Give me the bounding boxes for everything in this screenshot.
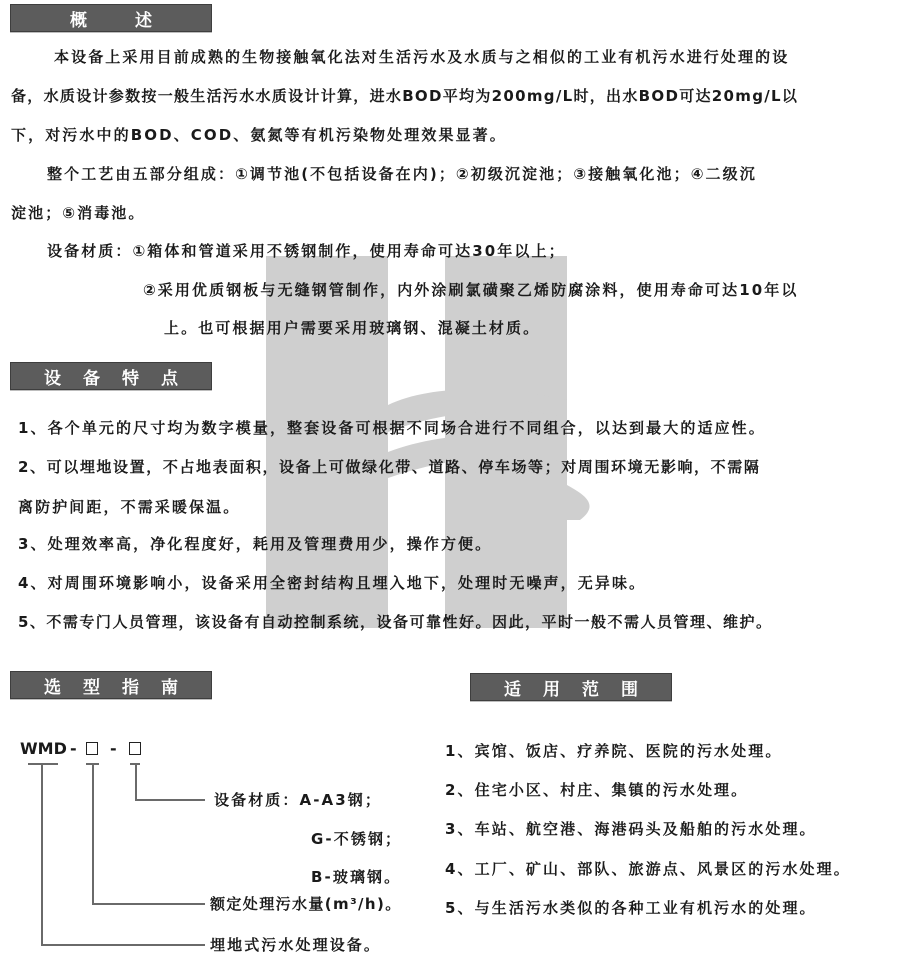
material-placeholder-box [129,742,141,755]
header-char: 特 [122,364,139,389]
header-char: 范 [582,675,599,700]
header-char: 选 [44,673,61,698]
section-header-overview: 概 述 [10,4,212,32]
header-char: 围 [621,675,638,700]
application-item: 2、住宅小区、村庄、集镇的污水处理。 [445,780,748,800]
header-char: 述 [135,6,152,31]
type-label: 埋地式污水处理设备。 [210,935,381,955]
section-header-features: 设 备 特 点 [10,362,212,390]
application-item: 5、与生活污水类似的各种工业有机污水的处理。 [445,898,817,918]
overview-line: 整个工艺由五部分组成：①调节池(不包括设备在内)；②初级沉淀池；③接触氧化池；④… [47,164,757,184]
model-dash: - [110,739,117,759]
overview-line: 设备材质：①箱体和管道采用不锈钢制作，使用寿命可达30年以上； [47,241,566,261]
capacity-label: 额定处理污水量(m³/h)。 [210,894,402,914]
model-dash: - [70,739,77,759]
header-char: 点 [161,364,178,389]
overview-line: 下，对污水中的BOD、COD、氨氮等有机污染物处理效果显著。 [11,125,507,145]
overview-line: 本设备上采用目前成熟的生物接触氧化法对生活污水及水质与之相似的工业有机污水进行处… [54,47,789,67]
application-item: 3、车站、航空港、海港码头及船舶的污水处理。 [445,819,817,839]
capacity-placeholder-box [86,742,98,755]
header-char: 用 [543,675,560,700]
feature-item: 4、对周围环境影响小，设备采用全密封结构且埋入地下，处理时无噪声，无异味。 [18,573,646,593]
connector-line [135,763,137,800]
connector-line [135,799,205,801]
section-header-applications: 适 用 范 围 [470,673,672,701]
feature-item: 离防护间距，不需采暖保温。 [18,497,240,517]
header-char: 概 [70,6,87,31]
header-char: 指 [122,673,139,698]
connector-line [41,763,43,945]
overview-line: ②采用优质钢板与无缝钢管制作，内外涂刷氯磺聚乙烯防腐涂料，使用寿命可达10年以 [143,280,798,300]
feature-item: 2、可以埋地设置，不占地表面积，设备上可做绿化带、道路、停车场等；对周围环境无影… [18,457,760,477]
document-page: 概 述 本设备上采用目前成熟的生物接触氧化法对生活污水及水质与之相似的工业有机污… [0,0,900,961]
connector-line [28,763,58,765]
header-char: 适 [504,675,521,700]
feature-item: 1、各个单元的尺寸均为数字模量，整套设备可根据不同场合进行不同组合，以达到最大的… [18,418,766,438]
model-prefix: WMD [20,739,67,759]
header-char: 备 [83,364,100,389]
overview-line: 淀池；⑤消毒池。 [11,203,146,223]
material-option-g: G-不锈钢； [311,829,402,849]
material-option-a: 设备材质：A-A3钢； [214,790,382,810]
application-item: 1、宾馆、饭店、疗养院、医院的污水处理。 [445,741,782,761]
header-char: 南 [161,673,178,698]
feature-item: 5、不需专门人员管理，该设备有自动控制系统，设备可靠性好。因此，平时一般不需人员… [18,612,772,632]
header-char: 设 [44,364,61,389]
material-option-b: B-玻璃钢。 [311,867,401,887]
feature-item: 3、处理效率高，净化程度好，耗用及管理费用少，操作方便。 [18,534,492,554]
application-item: 4、工厂、矿山、部队、旅游点、风景区的污水处理。 [445,859,851,879]
connector-line [92,903,205,905]
overview-line: 备，水质设计参数按一般生活污水水质设计计算，进水BOD平均为200mg/L时，出… [11,86,798,106]
section-header-selection-guide: 选 型 指 南 [10,671,212,699]
connector-line [92,763,94,904]
header-char: 型 [83,673,100,698]
connector-line [41,944,205,946]
overview-line: 上。也可根据用户需要采用玻璃钢、混凝土材质。 [164,318,540,338]
